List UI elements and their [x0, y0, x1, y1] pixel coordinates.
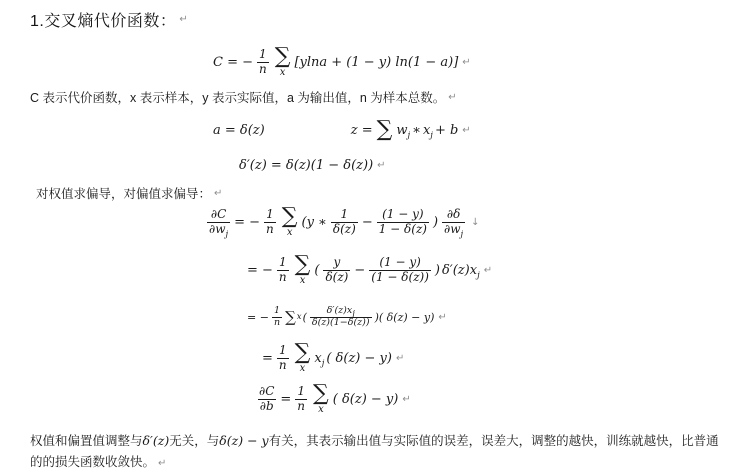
sum-subscript: x [300, 364, 306, 374]
fraction-1-over-n: 1 n [272, 306, 282, 329]
sum-subscript: x [280, 68, 286, 78]
fraction-deltaprime-xj: δ′(z)xj δ(z)(1−δ(z)) [310, 306, 372, 329]
conclusion-paragraph: 权值和偏置值调整与δ′(z)无关，与δ(z) − y有关，其表示输出值与实际值的… [30, 430, 725, 474]
document-page: 1.交叉熵代价函数： ↵ C = − 1 n ∑ x [ylna + (1 − … [0, 0, 730, 475]
paragraph-mark-icon: ↵ [179, 14, 187, 25]
d1-t2: ) [433, 215, 438, 230]
d1-f4-den-base: ∂w [444, 222, 460, 236]
tail-math-delta-minus-y: δ(z) − y [219, 433, 268, 448]
d2-t3: δ′(z)xj [442, 263, 480, 278]
d1-f4-den: ∂wj [442, 222, 465, 237]
sigma-symbol: ∑ [295, 343, 311, 364]
derivative-line-1: ∂C ∂wj = − 1 n ∑ x (y ∗ 1 δ(z) − (1 − y)… [204, 207, 480, 238]
d3-t1: ( [303, 311, 307, 324]
w-subscript: j [407, 131, 410, 141]
d1-f4-num: ∂δ [445, 208, 462, 222]
sigma-symbol: ∑ [285, 308, 296, 326]
d4-eq: = [262, 351, 273, 366]
page-title: 1.交叉熵代价函数： [30, 8, 176, 31]
fraction-dC-db: ∂C ∂b [257, 385, 276, 414]
paragraph-mark-icon: ↵ [448, 92, 456, 103]
paragraph-mark-icon: ↵ [396, 353, 404, 364]
d1-f3-den: 1 − δ(z) [377, 222, 429, 237]
description-row: C 表示代价函数，x 表示样本，y 表示实际值，a 为输出值，n 为样本总数。 … [30, 88, 457, 106]
derivative-line-4: = 1 n ∑ x xj ( δ(z) − y) ↵ [261, 343, 404, 374]
tail-text-1c: 有关，其表示输出值与实际值的误差，误差大， [269, 434, 532, 448]
sigmoid-derivative: δ′(z) = δ(z)(1 − δ(z)) [239, 158, 373, 173]
sum-over-x: ∑ x [295, 255, 311, 286]
d1-den-base: ∂w [209, 222, 225, 236]
x-subscript: j [430, 131, 433, 141]
d2-f2-den: δ(z) [323, 270, 350, 285]
d2-den: n [277, 270, 289, 285]
d2-t2: ) [435, 263, 440, 278]
derivative-line-2: = − 1 n ∑ x ( y δ(z) − (1 − y) (1 − δ(z)… [246, 255, 492, 286]
d5-den: n [295, 399, 307, 414]
f1-frac-num: 1 [257, 48, 269, 62]
fraction-1-over-n: 1 n [277, 256, 289, 285]
f1-lead: C = − [213, 55, 253, 70]
fraction-1my-over-1mdelta: (1 − y) (1 − δ(z)) [369, 256, 431, 285]
sigma-symbol: ∑ [313, 384, 329, 405]
d4-num: 1 [277, 344, 289, 358]
d2-t3-sub: j [477, 271, 480, 281]
d2-f3-num: (1 − y) [377, 256, 422, 270]
sigma-symbol: ∑ [275, 47, 291, 68]
d4-t1-sub: j [322, 359, 325, 369]
d1-num: 1 [264, 208, 276, 222]
d4-t2: ( δ(z) − y) [326, 351, 392, 366]
formula-a-equals: a = δ(z) [213, 123, 265, 138]
d1-eq: = − [234, 215, 260, 230]
d1-f2-num: 1 [339, 208, 351, 222]
d5-eq: = [280, 392, 291, 407]
fraction-dC-dwj: ∂C ∂wj [207, 208, 230, 237]
line-break-mark-icon: ↓ [471, 217, 479, 228]
d1-den-sub: j [225, 229, 228, 239]
multiply-operator: ∗ [412, 123, 421, 138]
d3-eq: = − [247, 311, 269, 324]
sum-subscript: x [318, 405, 324, 415]
tail-text-1b: 无关，与 [169, 434, 219, 448]
d3-den: n [272, 317, 282, 329]
sum-over-x: ∑ x [282, 207, 298, 238]
d3-f2-num: δ′(z)xj [325, 306, 357, 317]
paragraph-mark-icon: ↵ [484, 265, 492, 276]
d1-frac-num: ∂C [209, 208, 228, 222]
fraction-1my-over-1mdelta: (1 − y) 1 − δ(z) [377, 208, 429, 237]
d2-f2-num: y [332, 256, 343, 270]
derivative-line-3: = − 1 n ∑ x ( δ′(z)xj δ(z)(1−δ(z)) )( δ(… [246, 306, 447, 329]
fraction-ddelta-dwj: ∂δ ∂wj [442, 208, 465, 237]
fraction-1-over-n: 1 n [264, 208, 276, 237]
fraction-1-over-n: 1 n [295, 385, 307, 414]
fraction-1-over-n: 1 n [257, 48, 269, 77]
sum-symbol: ∑ [377, 120, 393, 141]
tail-math-delta-prime: δ′(z) [143, 433, 170, 448]
d2-t3-base: δ′(z)x [442, 263, 477, 278]
sum-subscript: x [300, 276, 306, 286]
sum-subscript: x [287, 228, 293, 238]
paragraph-mark-icon: ↵ [462, 57, 470, 68]
paragraph-mark-icon: ↵ [158, 458, 166, 469]
d5-frac-den: ∂b [258, 399, 276, 414]
d4-den: n [277, 358, 289, 373]
sum-over-x: ∑ x [313, 384, 329, 415]
formula-activation-row: a = δ(z) z = ∑ wj ∗ xj + b ↵ [212, 120, 471, 141]
paragraph-mark-icon: ↵ [462, 125, 470, 136]
d1-f2-den: δ(z) [331, 222, 358, 237]
paragraph-mark-icon: ↵ [214, 188, 222, 199]
d2-eq: = − [247, 263, 273, 278]
d2-t1: ( [314, 263, 319, 278]
f2b-w: wj [396, 123, 410, 138]
fraction-y-over-delta: y δ(z) [323, 256, 350, 285]
d1-f4-den-sub: j [461, 229, 464, 239]
d1-minus: − [362, 215, 373, 230]
d1-t1: (y ∗ [302, 215, 327, 230]
d5-frac-num: ∂C [257, 385, 276, 399]
f1-frac-den: n [257, 62, 269, 77]
sum-over-x: ∑ x [275, 47, 291, 78]
d1-den: n [264, 222, 276, 237]
f2b-x: xj [423, 123, 433, 138]
formula-cost-function: C = − 1 n ∑ x [ylna + (1 − y) ln(1 − a)]… [212, 47, 471, 78]
d2-num: 1 [277, 256, 289, 270]
sigma-symbol: ∑ [377, 120, 393, 141]
f2b-lhs: z = [351, 123, 373, 138]
partial-intro-row: 对权值求偏导，对偏值求偏导： ↵ [36, 184, 222, 202]
heading-row: 1.交叉熵代价函数： ↵ [30, 8, 188, 31]
paragraph-mark-icon: ↵ [377, 160, 385, 171]
formula-sigmoid-derivative: δ′(z) = δ(z)(1 − δ(z)) ↵ [238, 158, 386, 173]
tail-text-1a: 权值和偏置值调整与 [30, 434, 143, 448]
d1-frac-den: ∂wj [207, 222, 230, 237]
d2-f3-den: (1 − δ(z)) [369, 270, 431, 285]
fraction-1-over-n: 1 n [277, 344, 289, 373]
paragraph-mark-icon: ↵ [438, 312, 446, 323]
d3-t2: )( δ(z) − y) [375, 311, 435, 324]
d1-f3-num: (1 − y) [380, 208, 425, 222]
sum-over-x: ∑ x [295, 343, 311, 374]
f1-body: [ylna + (1 − y) ln(1 − a)] [294, 55, 458, 70]
d4-t1-base: x [314, 351, 321, 366]
derivative-line-5: ∂C ∂b = 1 n ∑ x ( δ(z) − y) ↵ [254, 384, 411, 415]
f2b-tail: + b [435, 123, 458, 138]
d3-f2-num-base: δ′(z)x [327, 305, 353, 316]
d5-t1: ( δ(z) − y) [333, 392, 399, 407]
partial-derivative-intro: 对权值求偏导，对偏值求偏导： [36, 184, 211, 202]
fraction-1-over-delta: 1 δ(z) [331, 208, 358, 237]
variables-description: C 表示代价函数，x 表示样本，y 表示实际值，a 为输出值，n 为样本总数。 [30, 88, 445, 106]
sigma-symbol: ∑ [282, 207, 298, 228]
sigma-symbol: ∑ [295, 255, 311, 276]
paragraph-mark-icon: ↵ [402, 394, 410, 405]
d4-t1: xj [314, 351, 324, 366]
d3-num: 1 [272, 306, 282, 317]
d5-num: 1 [295, 385, 307, 399]
w-var: w [396, 123, 407, 138]
d3-f2-den: δ(z)(1−δ(z)) [310, 317, 372, 329]
d2-minus: − [354, 263, 365, 278]
